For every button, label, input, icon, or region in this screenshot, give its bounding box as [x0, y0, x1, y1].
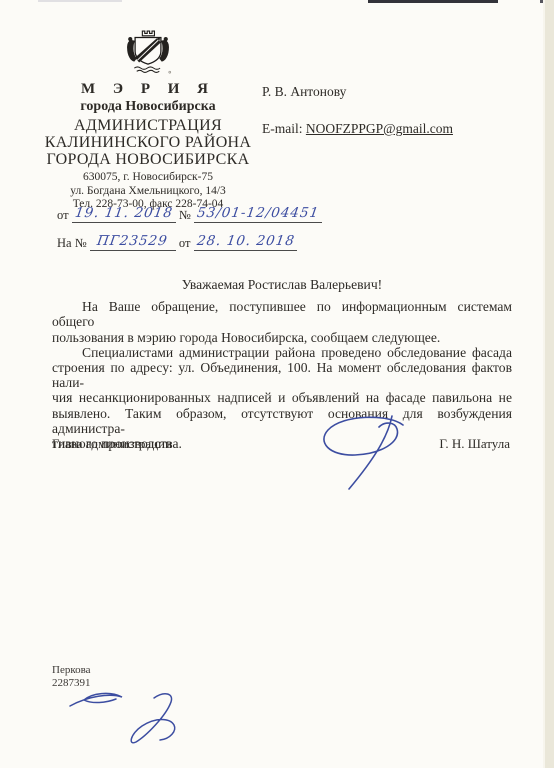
signer-title: Глава администрации	[52, 436, 172, 452]
outgoing-date-field: 19. 11. 2018	[72, 205, 176, 223]
reply-from-label: от	[179, 236, 191, 250]
addressee-email-address: NOOFZPPGP@gmail.com	[306, 121, 453, 136]
body-line: строения по адресу: ул. Объединения, 100…	[52, 360, 512, 390]
from-label: от	[57, 208, 69, 222]
addressee-email-row: E-mail: NOOFZPPGP@gmail.com	[262, 121, 453, 137]
org-name-city-caps: ГОРОДА НОВОСИБИРСКА	[36, 151, 260, 168]
reference-block: от 19. 11. 2018 № 53/01-12/04451 На № ПГ…	[57, 205, 322, 261]
org-name-administration: АДМИНИСТРАЦИЯ	[36, 117, 260, 134]
outgoing-reference-row: от 19. 11. 2018 № 53/01-12/04451	[57, 205, 322, 233]
novosibirsk-coat-of-arms-icon	[123, 28, 173, 76]
body-line: Специалистами администрации района прове…	[52, 345, 512, 360]
body-line: чия несанкционированных надписей и объяв…	[52, 390, 512, 405]
org-name-mayor: М Э Р И Я	[36, 81, 260, 98]
incoming-number-handwriting: ПГ23529	[96, 233, 169, 249]
signer-name: Г. Н. Шатула	[400, 436, 510, 452]
org-street-address: ул. Богдана Хмельницкого, 14/3	[36, 185, 260, 199]
letter-body: Уважаемая Ростислав Валерьевич! На Ваше …	[52, 277, 512, 451]
incoming-number-field: ПГ23529	[90, 233, 176, 251]
outgoing-number-field: 53/01-12/04451	[194, 205, 322, 223]
bottom-signature-handwriting	[58, 684, 248, 754]
number-label: №	[179, 208, 191, 222]
addressee-name: Р. В. Антонову	[262, 84, 453, 100]
body-line: пользования в мэрию города Новосибирска,…	[52, 330, 512, 345]
body-line: На Ваше обращение, поступившее по информ…	[52, 299, 512, 329]
salutation: Уважаемая Ростислав Валерьевич!	[52, 277, 512, 292]
email-label: E-mail:	[262, 121, 303, 136]
executor-name: Перкова	[52, 664, 91, 677]
incoming-reference-row: На № ПГ23529 от 28. 10. 2018	[57, 233, 322, 261]
incoming-date-field: 28. 10. 2018	[194, 233, 298, 251]
addressee-block: Р. В. Антонову E-mail: NOOFZPPGP@gmail.c…	[262, 84, 453, 137]
paragraph-1: На Ваше обращение, поступившее по информ…	[52, 299, 512, 345]
org-name-district: КАЛИНИНСКОГО РАЙОНА	[36, 134, 260, 151]
scan-artifact-top-dark	[368, 0, 498, 3]
scanned-letter-page: М Э Р И Я города Новосибирска АДМИНИСТРА…	[0, 0, 554, 768]
outgoing-date-handwriting: 19. 11. 2018	[74, 205, 174, 221]
org-postal-address: 630075, г. Новосибирск-75	[36, 171, 260, 185]
incoming-date-handwriting: 28. 10. 2018	[195, 233, 295, 249]
body-line: выявлено. Таким образом, отсутствуют осн…	[52, 406, 512, 436]
letterhead-org-block: М Э Р И Я города Новосибирска АДМИНИСТРА…	[36, 28, 260, 212]
reply-label: На №	[57, 236, 87, 250]
org-name-city: города Новосибирска	[36, 99, 260, 115]
outgoing-number-handwriting: 53/01-12/04451	[196, 205, 320, 221]
scan-artifact-top-faint	[38, 0, 122, 2]
scan-artifact-right-stripe	[543, 0, 554, 768]
